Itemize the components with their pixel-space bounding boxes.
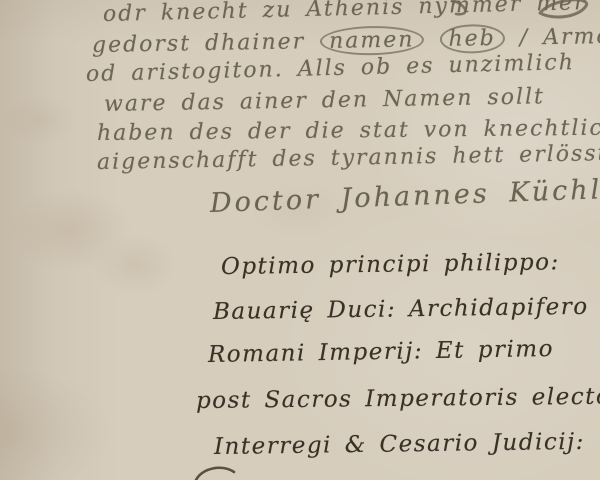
signature-line: Doctor Johannes Küchlin (209, 173, 600, 219)
latin-line-5: Interregi & Cesario Judicij: (214, 429, 585, 460)
german-line-6: aigenschafft des tyrannis hett erlösst / (97, 141, 600, 175)
german-line-5: haben des der die stat von knechtlichen (97, 115, 600, 146)
german-line-2-post: / Armodius (520, 23, 600, 51)
german-line-4: ware das ainer den Namen sollt (104, 84, 545, 117)
german-line-2-circled-word-b: heb (439, 24, 505, 54)
latin-line-2: Bauarię Duci: Archidapifero (213, 294, 589, 325)
german-line-2-pre: gedorst dhainer (92, 29, 306, 58)
latin-line-4: post Sacros Imperatoris electorj. (196, 383, 600, 414)
latin-line-1: Optimo principi philippo: (221, 249, 560, 280)
german-line-2-circled-word-a: namen (320, 25, 424, 56)
latin-line-3: Romani Imperij: Et primo (208, 336, 554, 368)
manuscript-page: odr knecht zu Athenis nymmer mer gedorst… (0, 0, 600, 480)
bottom-partial-stroke (196, 468, 234, 480)
